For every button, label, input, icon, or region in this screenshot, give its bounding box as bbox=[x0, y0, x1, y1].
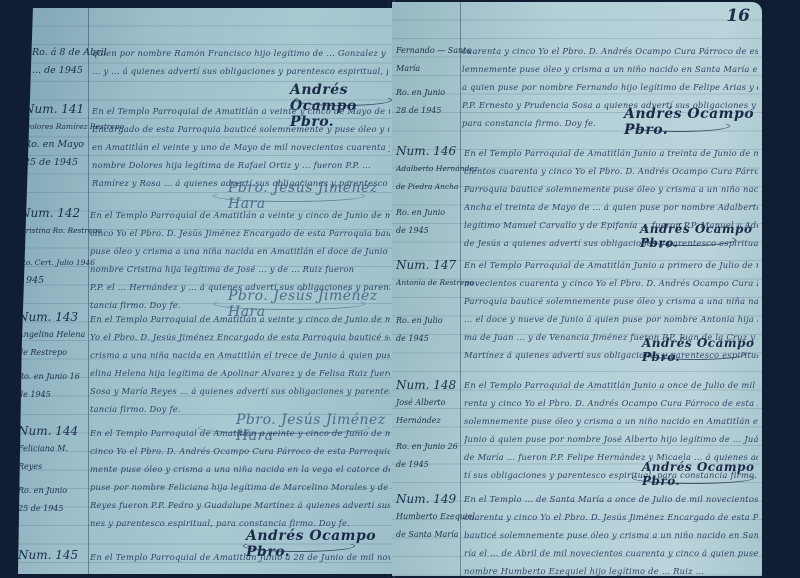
body-line: cuarenta y cinco Yo el Pbro. D. Andrés O… bbox=[462, 42, 758, 60]
entry-number: Num. 147 bbox=[396, 256, 474, 274]
body-line: En el Templo Parroquial de Amatitlán a v… bbox=[90, 424, 390, 442]
body-line: crisma a una niña nacida en Amatitlán el… bbox=[90, 346, 390, 364]
entry-side-notes: Num. 143 Angelina Helena de Restrepo Ro.… bbox=[18, 308, 85, 404]
side-line: Ro. en Junio bbox=[18, 482, 78, 500]
side-line: de 1945 bbox=[396, 456, 458, 474]
body-line: a quien puse por nombre Fernando hijo le… bbox=[462, 78, 758, 96]
body-line: Reyes fueron P.P. Pedro y Guadalupe Mart… bbox=[90, 496, 390, 514]
body-line: En el Templo Parroquial de Amatitlán Jun… bbox=[90, 548, 390, 566]
entry-side-notes: Num. 147 Antonia de Restrepo Ro. en Juli… bbox=[396, 256, 474, 348]
body-line: solemnemente puse óleo y crisma a un niñ… bbox=[464, 412, 758, 430]
side-line: Fernando — Santa bbox=[396, 42, 471, 60]
body-line: nombre Cristina hija legítima de José ..… bbox=[90, 260, 390, 278]
side-line: de 1945 bbox=[396, 330, 474, 348]
entry-number: Num. 145 bbox=[18, 546, 78, 564]
signature-flourish bbox=[213, 298, 365, 310]
body-line: renta y cinco Yo el Pbro. D. Andrés Ocam… bbox=[464, 394, 758, 412]
side-line: de Restrepo bbox=[18, 344, 85, 362]
side-line: Ro. en Junio 16 bbox=[18, 368, 85, 386]
entry-body: En el Templo Parroquial de Amatitlán a v… bbox=[92, 102, 390, 192]
body-line: cuarenta y cinco Yo el Pbro. D. Jesús Ji… bbox=[464, 508, 758, 526]
body-line: En el Templo ... de Santa María a once d… bbox=[464, 490, 758, 508]
body-line: En el Templo Parroquial de Amatitlán Jun… bbox=[464, 256, 758, 274]
body-line: mente puse óleo y crisma a una niña naci… bbox=[90, 460, 390, 478]
side-line: 25 de 1945 bbox=[18, 500, 78, 518]
side-line: de 1945 bbox=[18, 386, 85, 404]
left-page: Ro. á 8 de Abril ... de 1945 quien por n… bbox=[18, 8, 392, 574]
body-line: En el Templo Parroquial de Amatitlán Jun… bbox=[464, 144, 758, 162]
body-line: puse óleo y crisma a una niña nacida en … bbox=[90, 242, 390, 260]
entry-side-notes: Num. 148 José Alberto Hernández Ro. en J… bbox=[396, 376, 458, 474]
body-line: en Amatitlán el veinte y uno de Mayo de … bbox=[92, 138, 390, 156]
body-line: cinco Yo el Pbro. D. Andrés Ocampo Cura … bbox=[90, 442, 390, 460]
signature-flourish bbox=[213, 190, 365, 202]
body-line: Sosa y María Reyes ... á quienes advertí… bbox=[90, 382, 390, 400]
body-line: En el Templo Parroquial de Amatitlán Jun… bbox=[464, 376, 758, 394]
entry-body: En el Templo Parroquial de Amatitlán a v… bbox=[90, 424, 390, 532]
body-line: bauticé solemnemente puse óleo y crisma … bbox=[464, 526, 758, 544]
body-line: Parroquia bauticé solemnemente puse óleo… bbox=[464, 180, 758, 198]
side-line: Feliciana M. bbox=[18, 440, 78, 458]
body-line: Yo el Pbro. D. Jesús Jiménez Encargado d… bbox=[90, 328, 390, 346]
side-line: Reyes bbox=[18, 458, 78, 476]
entry-body: En el Templo Parroquial de Amatitlán Jun… bbox=[90, 548, 390, 566]
signature-flourish bbox=[628, 120, 730, 132]
body-line: nombre Humberto Ezequiel hijo legítimo d… bbox=[464, 562, 758, 576]
body-line: En el Templo Parroquial de Amatitlán a v… bbox=[92, 102, 390, 120]
entry-number: Num. 148 bbox=[396, 376, 458, 394]
margin-rule bbox=[88, 8, 89, 574]
body-line: ría el ... de Abril de mil novecientos c… bbox=[464, 544, 758, 562]
side-line: 28 de 1945 bbox=[396, 102, 471, 120]
body-line: novecientos cuarenta y cinco Yo el Pbro.… bbox=[464, 274, 758, 292]
entry-body: quien por nombre Ramón Francisco hijo le… bbox=[92, 44, 388, 80]
page-number: 16 bbox=[726, 6, 750, 26]
body-line: ... el doce y nueve de Junio á quien pus… bbox=[464, 310, 758, 328]
right-page: 16 Fernando — Santa María Ro. en Junio 2… bbox=[392, 2, 762, 576]
side-line: Ro. en Julio bbox=[396, 312, 474, 330]
signature-flourish bbox=[632, 472, 754, 484]
body-line: ... y ... á quienes advertí sus obligaci… bbox=[92, 62, 388, 80]
body-line: Ancha el treinta de Mayo de ... á quien … bbox=[464, 198, 758, 216]
entry-side-notes: Num. 145 bbox=[18, 546, 78, 564]
entry-side-notes: Num. 144 Feliciana M. Reyes Ro. en Junio… bbox=[18, 422, 78, 518]
side-line: Antonia de Restrepo bbox=[396, 274, 474, 292]
entry-side-notes: Fernando — Santa María Ro. en Junio 28 d… bbox=[396, 42, 471, 120]
body-line: nombre Dolores hija legítima de Rafael O… bbox=[92, 156, 390, 174]
body-line: cinco Yo el Pbro. D. Jesús Jiménez Encar… bbox=[90, 224, 390, 242]
body-line: Junio á quien puse por nombre José Alber… bbox=[464, 430, 758, 448]
side-line: María bbox=[396, 60, 471, 78]
side-line: Angelina Helena bbox=[18, 326, 85, 344]
body-line: En el Templo Parroquial de Amatitlán a v… bbox=[90, 310, 390, 328]
signature-flourish bbox=[644, 348, 746, 360]
side-line: Hernández bbox=[396, 412, 458, 430]
body-line: Encargado de esta Parroquia bauticé sole… bbox=[92, 120, 390, 138]
body-line: elina Helena hija legítima de Apolinar A… bbox=[90, 364, 390, 382]
body-line: puse por nombre Feliciana hija legítima … bbox=[90, 478, 390, 496]
entry-number: Num. 143 bbox=[18, 308, 85, 326]
body-line: En el Templo Parroquial de Amatitlán a v… bbox=[90, 206, 390, 224]
body-line: lemnemente puse óleo y crisma a un niño … bbox=[462, 60, 758, 78]
side-line: José Alberto bbox=[396, 394, 458, 412]
signature-flourish bbox=[644, 234, 736, 246]
side-line: Ro. en Junio 26 bbox=[396, 438, 458, 456]
side-line: Ro. en Junio bbox=[396, 84, 471, 102]
entry-body: En el Templo Parroquial de Amatitlán a v… bbox=[90, 310, 390, 418]
entry-number: Num. 144 bbox=[18, 422, 78, 440]
entry-body: En el Templo ... de Santa María a once d… bbox=[464, 490, 758, 576]
body-line: cientos cuarenta y cinco Yo el Pbro. D. … bbox=[464, 162, 758, 180]
body-line: Parroquia bauticé solemnemente puse óleo… bbox=[464, 292, 758, 310]
body-line: quien por nombre Ramón Francisco hijo le… bbox=[92, 44, 388, 62]
